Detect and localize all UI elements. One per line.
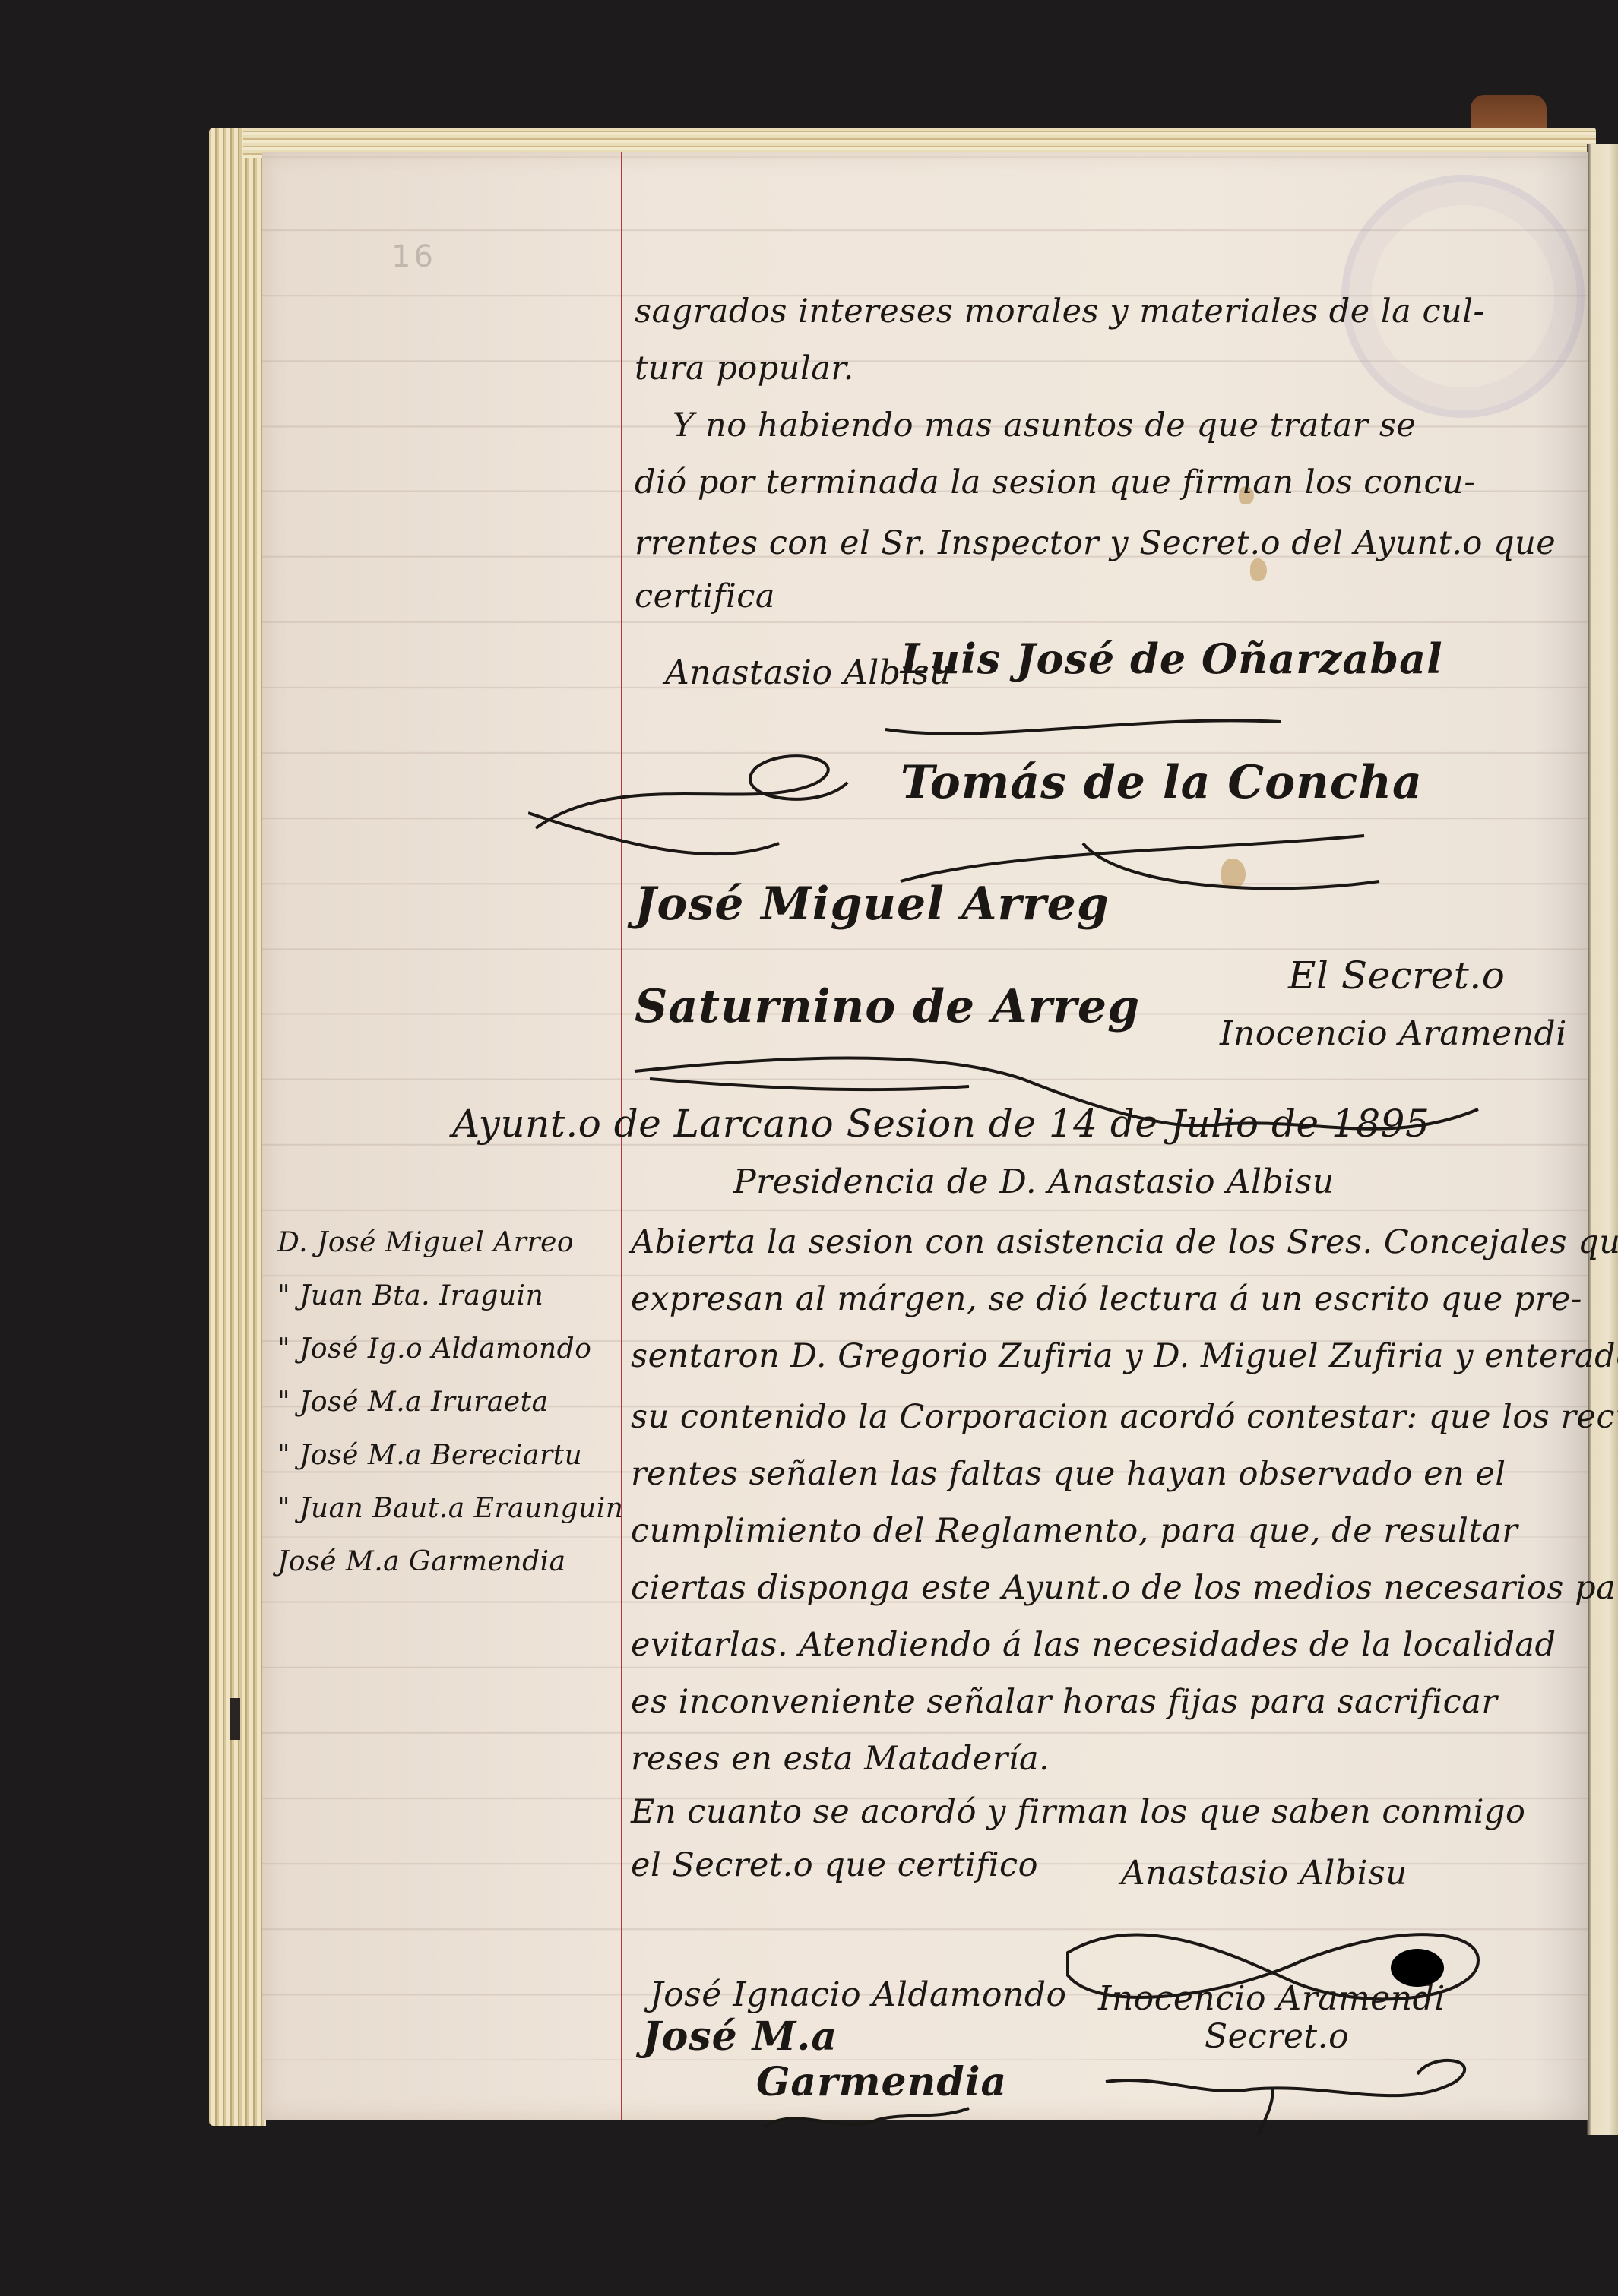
text-line: sagrados intereses morales y materiales … [635,293,1485,330]
secretary-signature: Inocencio Aramendi [1098,1979,1445,2018]
signature-jose-ignacio: José Ignacio Aldamondo [650,1975,1067,2014]
text-line: rrentes con el Sr. Inspector y Secret.o … [635,524,1556,562]
secretary-title: El Secret.o [1288,954,1505,998]
signature-saturnino: Saturnino de Arreg [635,980,1140,1033]
signature-tomas: Tomás de la Concha [901,756,1423,809]
session-heading: Ayunt.o de Larcano Sesion de 14 de Julio… [452,1102,1430,1146]
text-line: expresan al márgen, se dió lectura á un … [631,1280,1582,1318]
text-line: su contenido la Corporacion acordó conte… [631,1398,1618,1436]
text-line: es inconveniente señalar horas fijas par… [631,1683,1497,1721]
attendee: D. José Miguel Arreo [277,1227,574,1258]
text-line: certifica [635,577,775,615]
facing-page-edge [1587,144,1618,2135]
text-line: En cuanto se acordó y firman los que sab… [631,1793,1525,1831]
text-line: tura popular. [635,349,854,387]
ledger-page: 16 sagrados intereses morales y material… [262,152,1588,2120]
text-line: rentes señalen las faltas que hayan obse… [631,1455,1506,1493]
text-line: dió por terminada la sesion que firman l… [635,463,1475,501]
secretary-signature: Inocencio Aramendi [1220,1014,1567,1053]
secretary-title: Secret.o [1205,2017,1349,2056]
page-number: 16 [391,239,436,274]
signature-jose-miguel: José Miguel Arreg [635,878,1110,931]
text-line: evitarlas. Atendiendo á las necesidades … [631,1626,1556,1664]
page-stack-left-edge [209,128,266,2126]
binding-tab [230,1698,240,1740]
text-line: sentaron D. Gregorio Zufiria y D. Miguel… [631,1337,1618,1375]
signature-flourish [1098,2051,1493,2135]
attendee: José M.a Garmendia [277,1546,566,1577]
text-line: ciertas disponga este Ayunt.o de los med… [631,1569,1618,1607]
text-line: Abierta la sesion con asistencia de los … [631,1223,1618,1261]
signature-flourish [749,2097,977,2143]
attendee: " Juan Bta. Iraguin [277,1280,543,1311]
signature-luis-jose: Luis José de Oñarzabal [901,634,1443,683]
session-presidency: Presidencia de D. Anastasio Albisu [733,1162,1335,1201]
signature-anastasio: Anastasio Albisu [1121,1854,1407,1893]
text-line: cumplimiento del Reglamento, para que, d… [631,1512,1518,1550]
text-line: el Secret.o que certifico [631,1846,1038,1884]
attendee: " José M.a Iruraeta [277,1387,549,1418]
attendee: " Juan Baut.a Eraunguin [277,1493,623,1524]
signature-jose-maria: José M.a [642,2013,837,2060]
text-line: Y no habiendo mas asuntos de que tratar … [673,406,1416,444]
text-line: reses en esta Matadería. [631,1740,1050,1778]
attendee: " José M.a Bereciartu [277,1440,582,1471]
attendee: " José Ig.o Aldamondo [277,1333,591,1365]
